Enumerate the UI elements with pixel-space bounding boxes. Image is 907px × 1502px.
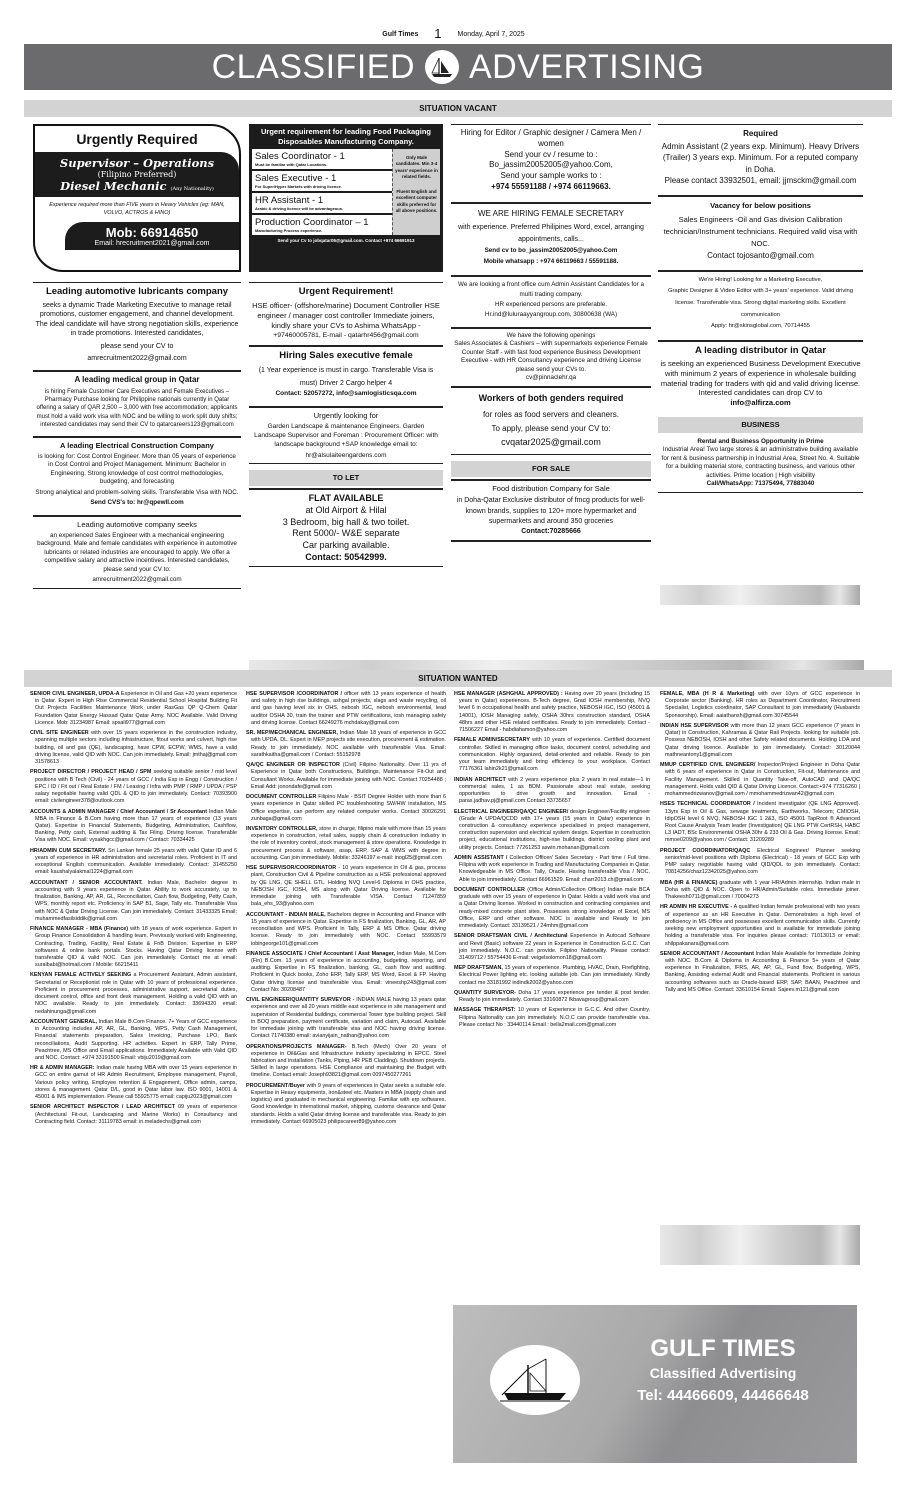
ad-food-packaging: Urgent requirement for leading Food Pack… xyxy=(249,124,443,272)
wanted-listing: QUANTITY SURVEYOR- Doha 17 years experie… xyxy=(454,990,650,1004)
ad-body: Industrial Area! Two large stores & an a… xyxy=(660,446,861,480)
listing-head: QA/QC ENGINEER OR INSPECTOR xyxy=(246,762,340,768)
ad-contact: +974 55591188 / +974 66119663. xyxy=(453,182,649,193)
listing-head: SR. MEP/MECHANICAL ENGINEER, xyxy=(246,730,338,736)
ad-title: Leading automotive company seeks xyxy=(35,520,239,530)
wanted-listing: ACCOUNTANT / SENIOR ACCOUNTANT. Indian M… xyxy=(30,880,237,923)
wanted-listing: INDIAN HSE SUPERVISOR with more than 12 … xyxy=(660,723,860,759)
listing-head: MMUP CERTIFIED CIVIL ENGINEER/ xyxy=(660,762,755,768)
ad-email: cv@pinnaclehr.qa xyxy=(453,374,649,383)
wanted-listing: HSES TECHNICAL COORDINATOR / Incident in… xyxy=(660,801,860,844)
ad-title: WE ARE HIRING FEMALE SECRETARY xyxy=(453,207,649,221)
publication-name: Gulf Times xyxy=(382,31,418,38)
ad-title: Urgent Requirement! xyxy=(251,286,441,299)
role-note: Manufacturing Process experience. xyxy=(255,228,389,233)
section-header-situation-wanted: SITUATION WANTED xyxy=(24,670,892,687)
listing-head: KENYAN FEMALE ACTIVELY SEEKING xyxy=(30,972,131,978)
listing-head: DOCUMENT CONTROLLER xyxy=(246,794,316,800)
listing-body: INDIAN MALE having 13 years qatar experi… xyxy=(251,997,446,1039)
ad-experience: Experience required more than FIVE years… xyxy=(35,197,239,222)
listing-body: with 18 years of work experience. Expert… xyxy=(35,926,237,968)
vacant-column-1: Urgently Required Supervisor – Operation… xyxy=(33,124,241,589)
ad-line: Bo_jassim20052005@yahoo.Com, xyxy=(453,160,649,171)
ad-header: Urgent requirement for leading Food Pack… xyxy=(252,127,440,147)
listing-body: Indian Male B.Com Finance. 7+ Years of G… xyxy=(35,1019,237,1061)
wanted-listing: HSE SUPERVISOR/COORDINATOR - 10 years ex… xyxy=(246,865,446,908)
ad-female-secretary: WE ARE HIRING FEMALE SECRETARY with expe… xyxy=(451,202,651,271)
mobile-number: Mob: 66914650 xyxy=(65,225,239,240)
role-mechanic-note: (Any Nationality) xyxy=(171,186,214,192)
issue-date: Monday, April 7, 2025 xyxy=(457,31,524,38)
listing-head: MEP DRAFTSMAN, xyxy=(454,965,503,971)
ad-line: To apply, please send your CV to: xyxy=(453,422,649,436)
section-header-business: BUSINESS xyxy=(658,417,863,433)
listing-head: HR ADMIN HR EXECUTIVE - xyxy=(660,904,732,910)
wanted-listing: SENIOR CIVIL ENGINEER, UPDA-A Experience… xyxy=(30,691,237,727)
ad-title: A leading distributor in Qatar xyxy=(660,345,861,357)
ad-contact: Contact: 50542999. xyxy=(251,552,441,564)
ad-contact: +97460005781, E-mail - qatarhr456@gmail.… xyxy=(251,331,441,340)
wanted-listing: ACCOUNTANT GENERAL, Indian Male B.Com Fi… xyxy=(30,1019,237,1062)
wanted-listing: PROJECT COORDINATOR/QAQC Electrical Engi… xyxy=(660,848,860,877)
ad-email: amrecruitment2022@gmail.com xyxy=(35,354,239,363)
wanted-listing: HR & ADMIN MANAGER: Indian male having M… xyxy=(30,1065,237,1101)
ad-body: Graphic Designer & Video Editor with 3+ … xyxy=(660,286,861,321)
listing-head: INVENTORY CONTROLLER, xyxy=(246,826,318,832)
ad-footer: Send your Cv to jobqatar05@gmail.com. Co… xyxy=(252,238,440,243)
listing-head: QUANTITY SURVEYOR- xyxy=(454,990,516,996)
role-mechanic: Diesel Mechanic (Any Nationality) xyxy=(37,179,237,193)
ad-body: HSE officer- (offshore/marine) Document … xyxy=(251,301,441,331)
ad-automotive-sales: Leading automotive company seeks an expe… xyxy=(33,515,241,589)
role-note: For Super/Hyper Markets with driving lic… xyxy=(255,184,389,189)
ad-title: Vacancy for below positions xyxy=(660,200,861,212)
listing-head: PROJECT COORDINATOR/QAQC xyxy=(660,848,750,854)
ad-food-distribution-sale: Food distribution Company for Sale in Do… xyxy=(451,479,651,542)
wanted-listing: ACCOUNTANT - INDIAN MALE, Bachelors degr… xyxy=(246,912,446,948)
ad-body-2: Strong analytical and problem-solving sk… xyxy=(35,489,239,498)
listing-head: HSE SUPERVISOR/COORDINATOR xyxy=(246,865,336,871)
ad-workers-both-genders: Workers of both genders required for rol… xyxy=(451,386,651,455)
ad-body: is looking for: Cost Control Engineer. M… xyxy=(35,453,239,487)
wanted-listing: DOCUMENT CONTROLLER (Office Admin/Collec… xyxy=(454,887,650,930)
ad-cta: please send your CV to xyxy=(35,342,239,351)
listing-head: ACCOUNTANT / SENIOR ACCOUNTANT. xyxy=(30,880,143,886)
section-header-to-let: TO LET xyxy=(249,470,443,486)
listing-head: HR & ADMIN MANAGER: xyxy=(30,1065,95,1071)
listing-head: FINANCE ASSOCIATE / Chief Accountant / A… xyxy=(246,951,395,957)
section-header-situation-vacant: SITUATION VACANT xyxy=(24,100,892,117)
ad-body: is hiring Female Customer Care Executive… xyxy=(35,388,239,428)
ad-contact: Contact:70285666 xyxy=(453,527,649,537)
listing-head: MASSAGE THERAPIST: xyxy=(454,1007,515,1013)
listing-body: Having over 20 years (Including 15 years… xyxy=(459,691,650,733)
ad-front-office: We are looking a front office cum Admin … xyxy=(451,275,651,323)
ad-body: in Doha-Qatar Exclusive distributor of f… xyxy=(453,496,649,526)
classified-banner: CLASSIFIED ADVERTISING xyxy=(24,44,892,90)
role-title: Production Coordinator – 1 xyxy=(255,217,389,228)
ad-email: amrecruitment2022@gmail.com xyxy=(35,576,239,585)
listing-head: OPERATIONS/PROJECTS MANAGER- xyxy=(246,1044,347,1050)
ad-line: Send your cv / resume to : xyxy=(453,150,649,161)
listing-head: ADMIN ASSISTANT / xyxy=(454,855,507,861)
listing-head: PROCUREMENT/Buyer xyxy=(246,1083,305,1089)
ad-line: 3 Bedroom, big hall & two toilet. xyxy=(251,517,441,529)
ad-title: Rental and Business Opportunity in Prime xyxy=(660,438,861,447)
listing-head: FINANCE MANAGER - MBA (Finance) xyxy=(30,926,128,932)
role-supervisor: Supervisor – Operations xyxy=(37,156,237,170)
ad-title: Food distribution Company for Sale xyxy=(453,484,649,495)
ad-title: Workers of both genders required xyxy=(453,391,649,406)
role-supervisor-note: (Filipino Preferred) xyxy=(37,170,237,179)
ad-garden-landscape: Urgently looking for Garden Landscape & … xyxy=(249,406,443,464)
wanted-listing: HSE MANAGER (ASHGHAL APPROVED) : Having … xyxy=(454,691,650,734)
ad-sales-female: Hiring Sales executive female (1 Year ex… xyxy=(249,345,443,402)
wanted-listing: INVENTORY CONTROLLER, store in charge, f… xyxy=(246,826,446,862)
listing-head: SENIOR CIVIL ENGINEER, UPDA-A xyxy=(30,691,120,697)
ad-title: Urgently looking for xyxy=(251,411,441,421)
promo-brand: GULF TIMES xyxy=(603,1335,843,1363)
ad-body: with experience. Preferred Philipines Wo… xyxy=(453,222,649,246)
ad-contact: Apply: hr@skinsglobal.com, 70714455 xyxy=(660,321,861,333)
ad-lubricants: Leading automotive lubricants company se… xyxy=(33,282,241,366)
ad-line: We are looking a front office cum Admin … xyxy=(453,280,649,300)
ad-contact: Send CVS's to: hr@qpewll.com xyxy=(35,499,239,508)
page-number: 1 xyxy=(434,26,441,41)
ad-roles-panel: Supervisor – Operations (Filipino Prefer… xyxy=(35,152,239,197)
listing-body: Indian Male, M.Com (Fin) B.Com. 13 years… xyxy=(251,951,446,993)
listing-head: HSE MANAGER (ASHGHAL APPROVED) : xyxy=(454,691,563,697)
ad-line: at Old Airport & Hilal xyxy=(251,505,441,517)
wanted-listing: ADMIN ASSISTANT / Collection Officer/ Sa… xyxy=(454,855,650,884)
ad-hse-requirement: Urgent Requirement! HSE officer- (offsho… xyxy=(249,282,443,343)
ad-body: is seeking an experienced Business Devel… xyxy=(660,359,861,398)
role-title: Sales Executive - 1 xyxy=(255,173,389,184)
ad-roles: Sales Coordinator - 1Must be familiar wi… xyxy=(252,149,440,235)
ad-leading-distributor: A leading distributor in Qatar is seekin… xyxy=(658,340,863,411)
ad-body: (1 Year experience is must in cargo. Tra… xyxy=(251,365,441,390)
listing-head: HR/ADMIN CUM SECRETARY. xyxy=(30,848,106,854)
listing-body: design Engineer/Facility engineer (Grade… xyxy=(459,809,650,851)
ad-line: Send your sample works to : xyxy=(453,171,649,182)
role-list: Sales Coordinator - 1Must be familiar wi… xyxy=(252,149,392,235)
decorative-gradient-bar xyxy=(660,1225,860,1265)
listing-head: ELECTRICAL ENGINEER/QA/QC ENGINEER/ xyxy=(454,809,568,815)
ad-urgently-required: Urgently Required Supervisor – Operation… xyxy=(33,124,241,272)
listing-head: ACCOUNTS & ADMIN MANAGER / Chief Account… xyxy=(30,809,207,815)
vacant-column-2: Urgent requirement for leading Food Pack… xyxy=(249,124,443,567)
ad-body: Admin Assistant (2 years exp. Minimum). … xyxy=(660,141,861,175)
ad-body: an experienced Sales Engineer with a mec… xyxy=(35,532,239,575)
ad-line: Car parking available. xyxy=(251,540,441,552)
wanted-listing: SR. MEP/MECHANICAL ENGINEER, Indian Male… xyxy=(246,730,446,759)
ad-medical-group: A leading medical group in Qatar is hiri… xyxy=(33,370,241,431)
wanted-listing: SENIOR ARCHITECT INSPECTOR / LEAD ARCHIT… xyxy=(30,1104,237,1126)
ad-body: seeks a dynamic Trade Marketing Executiv… xyxy=(35,301,239,339)
wanted-listing: SENIOR DRAFTSMAN CIVIL / Architectural E… xyxy=(454,933,650,962)
wanted-listing: FEMALE, MBA (H R & Marketing) with over … xyxy=(660,691,860,720)
wanted-column-2: HSE SUPERVISOR /COORDINATOR / officer wi… xyxy=(246,691,446,1129)
listing-body: A qualified Indian female professional w… xyxy=(665,904,860,946)
ad-email: info@alfirza.com xyxy=(660,398,861,408)
ad-contact: Hr.ind@luluraayyangroup.com, 30800638 (W… xyxy=(453,310,649,320)
listing-head: SENIOR ARCHITECT INSPECTOR / LEAD ARCHIT… xyxy=(30,1104,175,1110)
banner-right-text: ADVERTISING xyxy=(469,48,704,87)
ad-title: Urgently Required xyxy=(35,126,239,152)
promo-phone: Tel: 44466609, 44466648 xyxy=(603,1387,843,1404)
role-mechanic-title: Diesel Mechanic xyxy=(60,179,166,193)
wanted-listing: INDIAN ARCHITECT with 2 years experience… xyxy=(454,777,650,806)
listing-body: (Office Admin/Collection Officer) Indian… xyxy=(459,887,650,929)
ad-title: A leading Electrical Construction Compan… xyxy=(35,441,239,451)
ad-title: Leading automotive lubricants company xyxy=(35,286,239,299)
ad-vacancy-positions: Vacancy for below positions Sales Engine… xyxy=(658,195,863,266)
ad-line: for roles as food servers and cleaners. xyxy=(453,408,649,422)
ad-body: Sales Associates & Cashiers – with super… xyxy=(453,340,649,374)
ad-email: hr@alsulaiteengardens.com xyxy=(251,452,441,461)
listing-head: MBA (HR & FINANCE) xyxy=(660,880,717,886)
side-note: Fluent English and excellent computer sk… xyxy=(395,189,438,215)
role-item: Sales Executive - 1For Super/Hyper Marke… xyxy=(252,171,392,193)
listing-head: INDIAN HSE SUPERVISOR xyxy=(660,723,729,729)
wanted-listing: FEMALE ADMIN/SECRETARY with 10 years of … xyxy=(454,737,650,773)
role-title: HR Assistant - 1 xyxy=(255,195,389,206)
ad-contact: Call/WhatsApp: 71375494, 77883040 xyxy=(660,480,861,489)
gulf-times-promo: GULF TIMES Classified Advertising Tel: 4… xyxy=(453,1305,857,1463)
wanted-listing: QA/QC ENGINEER OR INSPECTOR (Civil) Fili… xyxy=(246,762,446,791)
listing-body: a Procurement Assistant, Admin assistant… xyxy=(35,972,237,1014)
listing-head: SENIOR DRAFTSMAN CIVIL / Architectural xyxy=(454,933,568,939)
role-title: Sales Coordinator - 1 xyxy=(255,151,389,162)
ad-contact-panel: Mob: 66914650 Email: hrecruitment2021@gm… xyxy=(65,222,239,250)
wanted-column-3: HSE MANAGER (ASHGHAL APPROVED) : Having … xyxy=(454,691,650,1032)
listing-head: HSE SUPERVISOR /COORDINATOR / xyxy=(246,691,342,697)
ad-email: Send cv to bo_jassim20052005@yahoo.Com xyxy=(453,246,649,257)
contact-email: Email: hrecruitment2021@gmail.com xyxy=(65,240,239,247)
promo-subtitle: Classified Advertising xyxy=(603,1365,843,1381)
ad-marketing-executive: We're Hiring! Looking for a Marketing Ex… xyxy=(658,270,863,336)
wanted-listing: FINANCE ASSOCIATE / Chief Accountant / A… xyxy=(246,951,446,994)
wanted-listing: MBA (HR & FINANCE) graduate with 1 year … xyxy=(660,880,860,902)
wanted-listing: MMUP CERTIFIED CIVIL ENGINEER/ Inspector… xyxy=(660,762,860,798)
ad-line: We're Hiring! Looking for a Marketing Ex… xyxy=(660,275,861,287)
listing-head: CIVIL ENGINEER/QUANTITY SURVEYOR - xyxy=(246,997,354,1003)
listing-body: Incident investigator (QE LNG Approved).… xyxy=(665,801,860,843)
listing-head: ACCOUNTANT - INDIAN MALE, xyxy=(246,912,326,918)
ad-admin-assistant: Required Admin Assistant (2 years exp. M… xyxy=(658,124,863,189)
ad-contact: Contact tojosanto@gmail.com xyxy=(660,250,861,263)
ad-line: Hiring for Editor / Graphic designer / C… xyxy=(453,128,649,150)
wanted-listing: HR/ADMIN CUM SECRETARY. Sri Lankan femal… xyxy=(30,848,237,877)
wanted-listing: MEP DRAFTSMAN, 15 years of experience. P… xyxy=(454,965,650,987)
ad-contact: Please contact 33932501, email: jjmsckm@… xyxy=(660,175,861,186)
wanted-listing: DOCUMENT CONTROLLER Filipino Male - BSIT… xyxy=(246,794,446,823)
ad-following-openings: We have the following openings Sales Ass… xyxy=(451,327,651,386)
role-item: HR Assistant - 1Arabic & driving licence… xyxy=(252,193,392,215)
ad-title: A leading medical group in Qatar xyxy=(35,375,239,386)
promo-text: GULF TIMES Classified Advertising Tel: 4… xyxy=(603,1335,843,1404)
listing-head: PROJECT DIRECTOR / PROJECT HEAD / SPM xyxy=(30,769,151,775)
listing-body: Indian Male Available for Immediate Join… xyxy=(665,951,860,993)
ad-mobile: Mobile whatsapp : +974 66119663 / 555911… xyxy=(453,257,649,268)
ad-business-rental: Rental and Business Opportunity in Prime… xyxy=(658,435,863,493)
listing-head: FEMALE, MBA (H R & Marketing) xyxy=(660,691,754,697)
listing-head: SENIOR ACCOUNTANT / Accountant xyxy=(660,951,754,957)
wanted-column-4: FEMALE, MBA (H R & Marketing) with over … xyxy=(660,691,860,997)
wanted-listing: OPERATIONS/PROJECTS MANAGER- B.Tech (Mec… xyxy=(246,1044,446,1080)
section-header-for-sale: FOR SALE xyxy=(451,461,651,477)
ad-flat-available: FLAT AVAILABLE at Old Airport & Hilal 3 … xyxy=(249,488,443,567)
ad-email: cvqatar2025@gmail.com xyxy=(453,435,649,450)
listing-body: - 10 years experience in Oil & gas, proc… xyxy=(251,865,446,907)
ad-title: We have the following openings xyxy=(453,332,649,341)
ad-editor-designer: Hiring for Editor / Graphic designer / C… xyxy=(451,124,651,196)
role-note: Arabic & driving licence will be advanta… xyxy=(255,206,389,211)
ad-line: Rent 5000/- W&E separate xyxy=(251,528,441,540)
wanted-listing: ELECTRICAL ENGINEER/QA/QC ENGINEER/ desi… xyxy=(454,809,650,852)
wanted-column-1: SENIOR CIVIL ENGINEER, UPDA-A Experience… xyxy=(30,691,237,1129)
listing-head: HSES TECHNICAL COORDINATOR / xyxy=(660,801,755,807)
ad-electrical-construction: A leading Electrical Construction Compan… xyxy=(33,436,241,511)
listing-head: CIVIL SITE ENGINEER xyxy=(30,730,89,736)
vacant-column-3: Hiring for Editor / Graphic designer / C… xyxy=(451,124,651,542)
ad-side-notes: Only Male candidates. Min 3-4 years' exp… xyxy=(392,149,440,235)
wanted-listing: PROCUREMENT/Buyer with 9 years of experi… xyxy=(246,1083,446,1126)
dhow-boat-icon xyxy=(490,1345,580,1415)
ad-contact: Contact: 52057272, info@samlogisticsqa.c… xyxy=(251,390,441,399)
listing-body: with 9 years of experiences in Qatar see… xyxy=(251,1083,446,1125)
listing-body: Indian Male, Bachelor degree in accounti… xyxy=(35,880,237,922)
ad-title: FLAT AVAILABLE xyxy=(251,493,441,505)
wanted-listing: KENYAN FEMALE ACTIVELY SEEKING a Procure… xyxy=(30,972,237,1015)
vacant-column-4: Required Admin Assistant (2 years exp. M… xyxy=(658,124,863,493)
wanted-listing: HSE SUPERVISOR /COORDINATOR / officer wi… xyxy=(246,691,446,727)
banner-left-text: CLASSIFIED xyxy=(212,48,415,87)
masthead-top: Gulf Times 1 Monday, April 7, 2025 xyxy=(0,26,907,41)
wanted-listing: FINANCE MANAGER - MBA (Finance) with 18 … xyxy=(30,926,237,969)
role-note: Must be familiar with Qatar Locations. xyxy=(255,162,389,167)
ad-title: Hiring Sales executive female xyxy=(251,350,441,363)
ad-body: Garden Landscape & maintenance Engineers… xyxy=(251,423,441,449)
ad-line: HR experienced persons are preferable. xyxy=(453,300,649,310)
ad-title: Required xyxy=(660,128,861,139)
listing-head: INDIAN ARCHITECT xyxy=(454,777,506,783)
side-note: Only Male candidates. Min 3-4 years' exp… xyxy=(395,155,438,181)
dhow-boat-icon xyxy=(425,50,459,84)
listing-head: FEMALE ADMIN/SECRETARY xyxy=(454,737,530,743)
wanted-listing: PROJECT DIRECTOR / PROJECT HEAD / SPM se… xyxy=(30,769,237,805)
role-item: Production Coordinator – 1Manufacturing … xyxy=(252,215,392,235)
ad-body: Sales Engineers -Oil and Gas division Ca… xyxy=(660,214,861,250)
role-item: Sales Coordinator - 1Must be familiar wi… xyxy=(252,149,392,171)
wanted-listing: CIVIL SITE ENGINEER with over 15 years e… xyxy=(30,730,237,766)
wanted-listing: MASSAGE THERAPIST: 10 years of Experienc… xyxy=(454,1007,650,1029)
listing-head: ACCOUNTANT GENERAL, xyxy=(30,1019,97,1025)
wanted-listing: HR ADMIN HR EXECUTIVE - A qualified Indi… xyxy=(660,904,860,947)
wanted-listing: CIVIL ENGINEER/QUANTITY SURVEYOR - INDIA… xyxy=(246,997,446,1040)
wanted-listing: ACCOUNTS & ADMIN MANAGER / Chief Account… xyxy=(30,809,237,845)
decorative-gradient-bar xyxy=(660,585,860,605)
wanted-listing: SENIOR ACCOUNTANT / Accountant Indian Ma… xyxy=(660,951,860,994)
listing-head: DOCUMENT CONTROLLER xyxy=(454,887,525,893)
